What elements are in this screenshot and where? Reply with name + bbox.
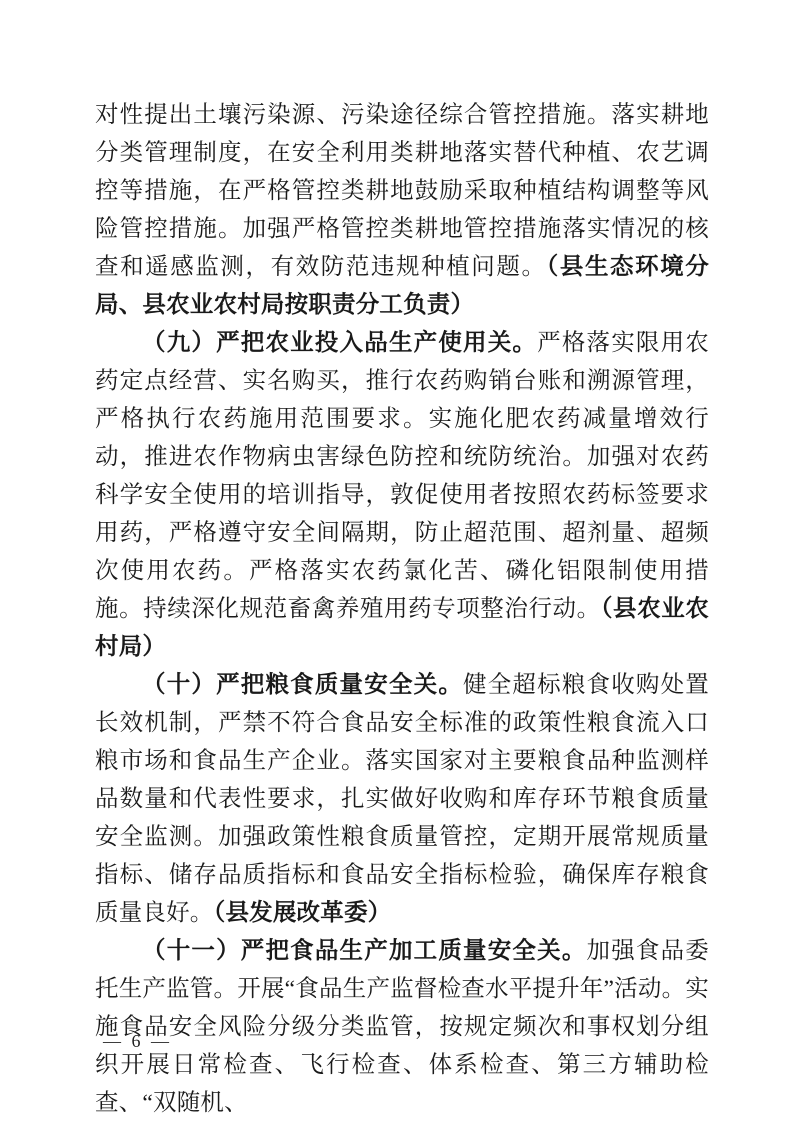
text-segment: 加强食品委托生产监管。开展“食品生产监督检查水平提升年”活动。实施食品安全风险分… bbox=[95, 938, 709, 1116]
emphasis-segment: （十）严把粮食质量安全关。 bbox=[142, 672, 463, 698]
emphasis-segment: （十一）严把食品生产加工质量安全关。 bbox=[142, 938, 587, 964]
text-segment: 健全超标粮食收购处置长效机制，严禁不符合食品安全标准的政策性粮食流入口粮市场和食… bbox=[95, 672, 709, 926]
text-segment: 严格落实限用农药定点经营、实名购买，推行农药购销台账和溯源管理，严格执行农药施用… bbox=[95, 330, 709, 622]
document-body: 对性提出土壤污染源、污染途径综合管控措施。落实耕地分类管理制度，在安全利用类耕地… bbox=[95, 96, 709, 1122]
document-page: 对性提出土壤污染源、污染途径综合管控措施。落实耕地分类管理制度，在安全利用类耕地… bbox=[0, 0, 793, 1122]
paragraph: （九）严把农业投入品生产使用关。严格落实限用农药定点经营、实名购买，推行农药购销… bbox=[95, 324, 709, 666]
emphasis-segment: （九）严把农业投入品生产使用关。 bbox=[142, 330, 537, 356]
page-number: — 6 — bbox=[103, 1031, 172, 1051]
paragraph: （十一）严把食品生产加工质量安全关。加强食品委托生产监管。开展“食品生产监督检查… bbox=[95, 932, 709, 1122]
paragraph: （十）严把粮食质量安全关。健全超标粮食收购处置长效机制，严禁不符合食品安全标准的… bbox=[95, 666, 709, 932]
page-footer: — 6 — bbox=[103, 1029, 172, 1053]
emphasis-segment: （县发展改革委） bbox=[214, 900, 392, 926]
paragraph: 对性提出土壤污染源、污染途径综合管控措施。落实耕地分类管理制度，在安全利用类耕地… bbox=[95, 96, 709, 324]
